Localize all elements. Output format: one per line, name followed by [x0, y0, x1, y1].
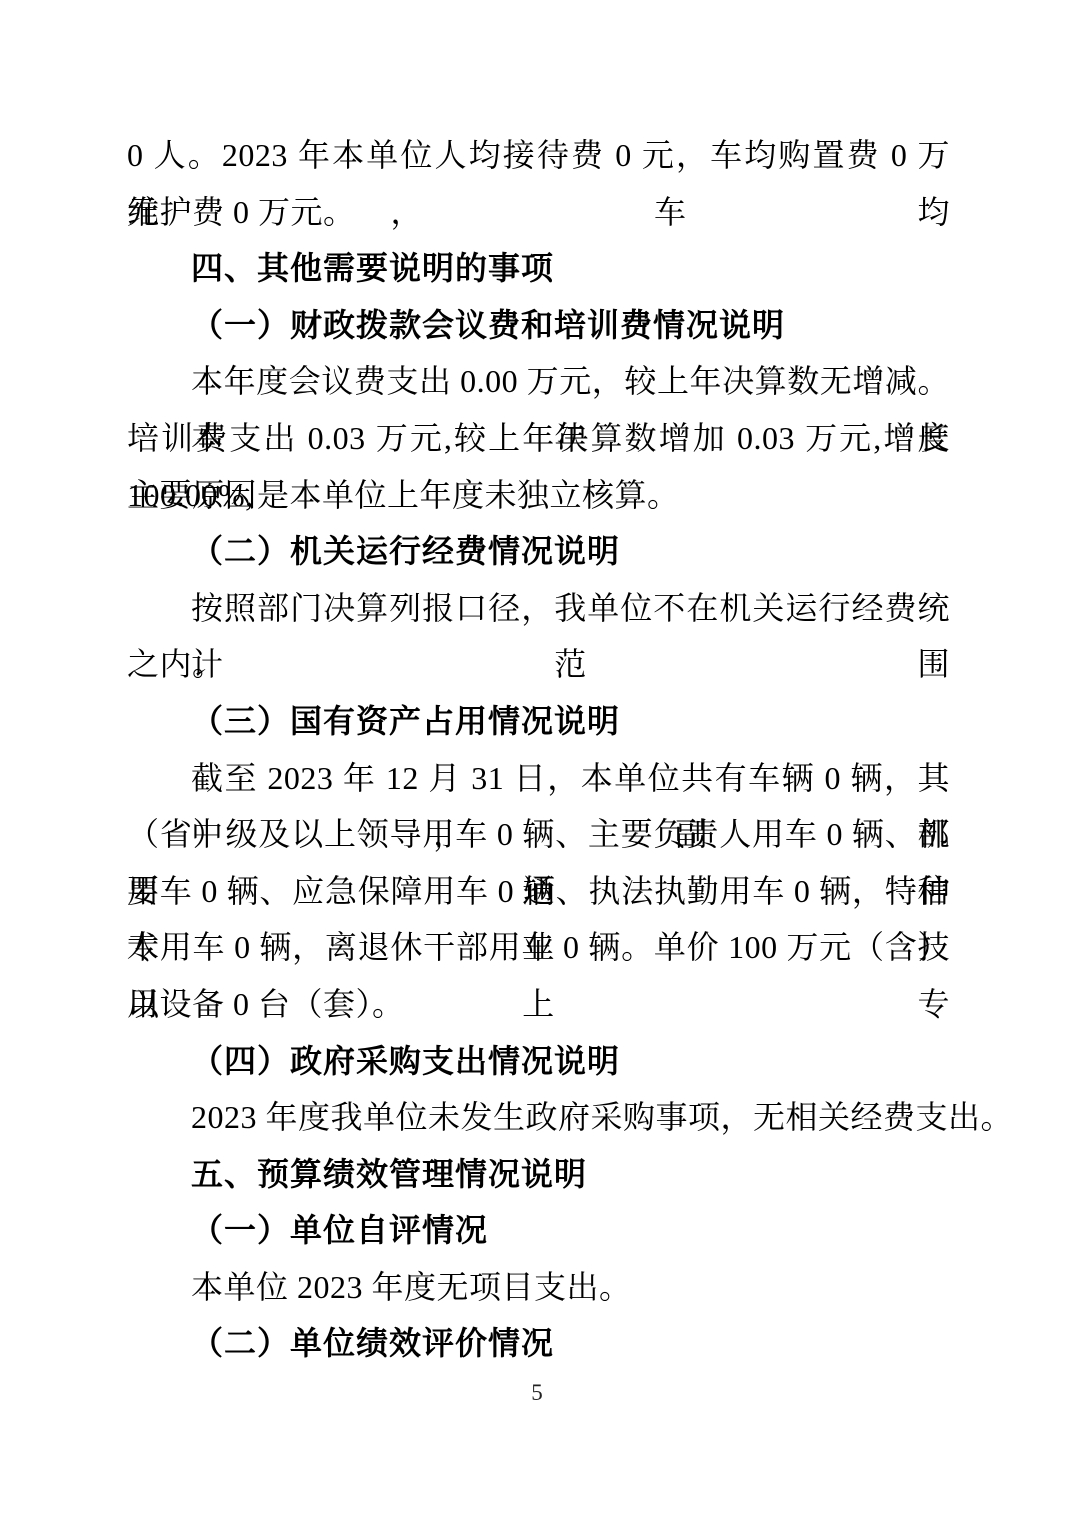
text-line: 培训费支出 0.03 万元,较上年决算数增加 0.03 万元,增长 100.00…: [127, 410, 950, 467]
text-line: 主要原因是本单位上年度未独立核算。: [127, 467, 950, 524]
text-line: 术用车 0 辆，离退休干部用车 0 辆。单价 100 万元（含）以上专: [127, 919, 950, 976]
section-heading: 五、预算绩效管理情况说明: [127, 1146, 950, 1203]
page-number: 5: [0, 1380, 1074, 1406]
text-line: 本单位 2023 年度无项目支出。: [127, 1259, 950, 1316]
text-line: 截至 2023 年 12 月 31 日，本单位共有车辆 0 辆，其中，副部: [127, 750, 950, 807]
sub-heading: （一）财政拨款会议费和培训费情况说明: [127, 297, 950, 354]
text-line: （省）级及以上领导用车 0 辆、主要负责人用车 0 辆、机要通信: [127, 806, 950, 863]
text-line: 0 人。2023 年本单位人均接待费 0 元，车均购置费 0 万元，车均: [127, 127, 950, 184]
text-line: 按照部门决算列报口径，我单位不在机关运行经费统计范围: [127, 580, 950, 637]
sub-heading: （二）单位绩效评价情况: [127, 1315, 950, 1372]
document-page: 0 人。2023 年本单位人均接待费 0 元，车均购置费 0 万元，车均 维护费…: [0, 0, 1074, 1520]
text-line: 本年度会议费支出 0.00 万元，较上年决算数无增减。本年度: [127, 353, 950, 410]
text-line: 用车 0 辆、应急保障用车 0 辆、执法执勤用车 0 辆，特种专业技: [127, 863, 950, 920]
text-line: 2023 年度我单位未发生政府采购事项，无相关经费支出。: [127, 1089, 950, 1146]
sub-heading: （三）国有资产占用情况说明: [127, 693, 950, 750]
sub-heading: （四）政府采购支出情况说明: [127, 1033, 950, 1090]
sub-heading: （二）机关运行经费情况说明: [127, 523, 950, 580]
sub-heading: （一）单位自评情况: [127, 1202, 950, 1259]
section-heading: 四、其他需要说明的事项: [127, 240, 950, 297]
document-body: 0 人。2023 年本单位人均接待费 0 元，车均购置费 0 万元，车均 维护费…: [127, 127, 950, 1372]
